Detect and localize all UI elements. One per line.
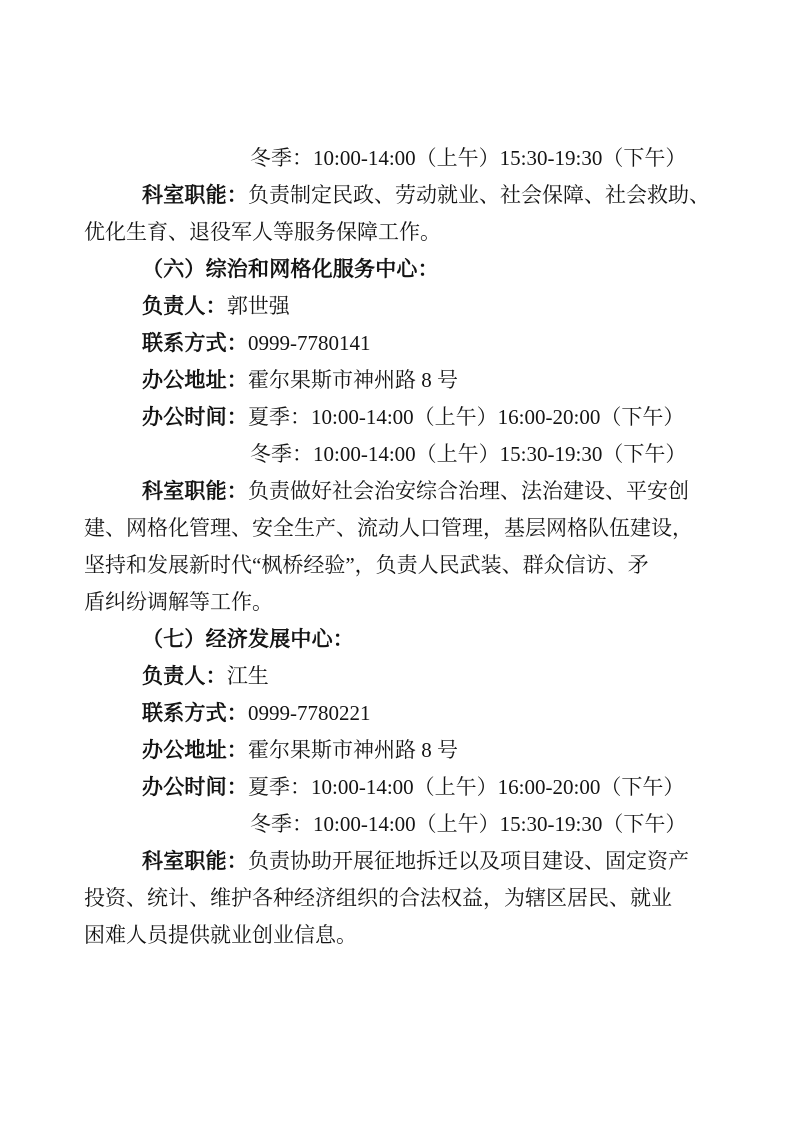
doc-line: 优化生育、退役军人等服务保障工作。 bbox=[84, 214, 711, 251]
field-label: 负责人： bbox=[142, 665, 227, 688]
doc-line: 负责人：江生 bbox=[84, 658, 711, 695]
field-value: 江生 bbox=[227, 664, 269, 688]
doc-line: 冬季：10:00-14:00（上午）15:30-19:30（下午） bbox=[84, 806, 711, 843]
field-label: 负责人： bbox=[142, 295, 227, 318]
doc-line: 困难人员提供就业创业信息。 bbox=[84, 917, 711, 954]
doc-line: 科室职能：负责做好社会治安综合治理、法治建设、平安创 bbox=[84, 473, 711, 510]
doc-line: 办公地址：霍尔果斯市神州路 8 号 bbox=[84, 732, 711, 769]
document-content: 冬季：10:00-14:00（上午）15:30-19:30（下午） 科室职能：负… bbox=[84, 140, 711, 954]
field-label: 办公地址： bbox=[142, 739, 248, 762]
field-value: 霍尔果斯市神州路 8 号 bbox=[248, 368, 458, 392]
field-value: 盾纠纷调解等工作。 bbox=[84, 590, 273, 614]
field-label: 联系方式： bbox=[142, 332, 248, 355]
field-label: 科室职能： bbox=[142, 184, 248, 207]
field-value: 优化生育、退役军人等服务保障工作。 bbox=[84, 220, 441, 244]
field-value: 投资、统计、维护各种经济组织的合法权益，为辖区居民、就业 bbox=[84, 886, 672, 910]
doc-line: （六）综治和网格化服务中心： bbox=[84, 251, 711, 288]
field-value: 夏季：10:00-14:00（上午）16:00-20:00（下午） bbox=[248, 405, 684, 429]
field-label: 联系方式： bbox=[142, 702, 248, 725]
field-value: 冬季：10:00-14:00（上午）15:30-19:30（下午） bbox=[250, 812, 686, 836]
doc-line: （七）经济发展中心： bbox=[84, 621, 711, 658]
field-value: 0999-7780141 bbox=[248, 331, 371, 355]
doc-line: 冬季：10:00-14:00（上午）15:30-19:30（下午） bbox=[84, 140, 711, 177]
field-label: 办公时间： bbox=[142, 406, 248, 429]
field-value: 困难人员提供就业创业信息。 bbox=[84, 923, 357, 947]
doc-line: 办公时间：夏季：10:00-14:00（上午）16:00-20:00（下午） bbox=[84, 769, 711, 806]
field-label: 科室职能： bbox=[142, 480, 248, 503]
field-value: 冬季：10:00-14:00（上午）15:30-19:30（下午） bbox=[250, 442, 686, 466]
field-value: 0999-7780221 bbox=[248, 701, 371, 725]
document-page: 冬季：10:00-14:00（上午）15:30-19:30（下午） 科室职能：负… bbox=[0, 0, 793, 1122]
doc-line: 冬季：10:00-14:00（上午）15:30-19:30（下午） bbox=[84, 436, 711, 473]
doc-line: 建、网格化管理、安全生产、流动人口管理，基层网格队伍建设， bbox=[84, 510, 711, 547]
field-value: 坚持和发展新时代“枫桥经验”，负责人民武装、群众信访、矛 bbox=[84, 553, 649, 577]
field-value: 负责做好社会治安综合治理、法治建设、平安创 bbox=[248, 479, 689, 503]
doc-line: 联系方式：0999-7780141 bbox=[84, 325, 711, 362]
doc-line: 负责人：郭世强 bbox=[84, 288, 711, 325]
field-label: 办公时间： bbox=[142, 776, 248, 799]
doc-line: 科室职能：负责协助开展征地拆迁以及项目建设、固定资产 bbox=[84, 843, 711, 880]
doc-line: 联系方式：0999-7780221 bbox=[84, 695, 711, 732]
field-value: 负责协助开展征地拆迁以及项目建设、固定资产 bbox=[248, 849, 689, 873]
field-label: （七）经济发展中心： bbox=[142, 628, 354, 651]
field-value: 冬季：10:00-14:00（上午）15:30-19:30（下午） bbox=[250, 146, 686, 170]
doc-line: 投资、统计、维护各种经济组织的合法权益，为辖区居民、就业 bbox=[84, 880, 711, 917]
field-label: 科室职能： bbox=[142, 850, 248, 873]
field-label: 办公地址： bbox=[142, 369, 248, 392]
doc-line: 盾纠纷调解等工作。 bbox=[84, 584, 711, 621]
doc-line: 科室职能：负责制定民政、劳动就业、社会保障、社会救助、 bbox=[84, 177, 711, 214]
doc-line: 办公时间：夏季：10:00-14:00（上午）16:00-20:00（下午） bbox=[84, 399, 711, 436]
field-value: 霍尔果斯市神州路 8 号 bbox=[248, 738, 458, 762]
doc-line: 坚持和发展新时代“枫桥经验”，负责人民武装、群众信访、矛 bbox=[84, 547, 711, 584]
field-value: 夏季：10:00-14:00（上午）16:00-20:00（下午） bbox=[248, 775, 684, 799]
field-label: （六）综治和网格化服务中心： bbox=[142, 258, 439, 281]
doc-line: 办公地址：霍尔果斯市神州路 8 号 bbox=[84, 362, 711, 399]
field-value: 负责制定民政、劳动就业、社会保障、社会救助、 bbox=[248, 183, 710, 207]
field-value: 建、网格化管理、安全生产、流动人口管理，基层网格队伍建设， bbox=[84, 516, 693, 540]
field-value: 郭世强 bbox=[227, 294, 290, 318]
